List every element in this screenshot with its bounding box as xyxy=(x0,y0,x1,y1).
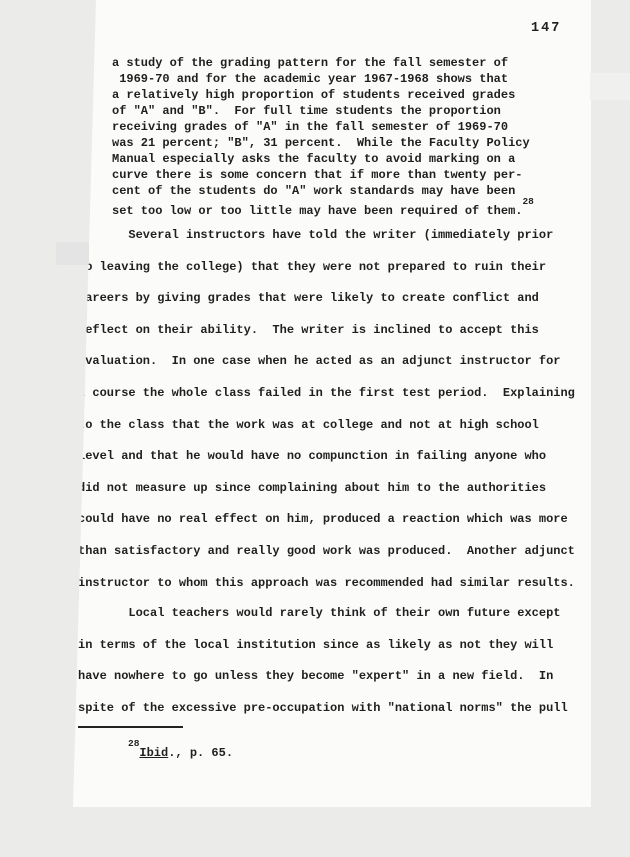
scan-artifact xyxy=(590,73,630,100)
block-quote-text: a study of the grading pattern for the f… xyxy=(112,56,530,218)
scanned-document: 147 a study of the grading pattern for t… xyxy=(0,0,630,857)
footnote: 28Ibid., p. 65. xyxy=(128,741,233,761)
document-page: 147 a study of the grading pattern for t… xyxy=(73,0,591,807)
footnote-page-ref: ., p. 65. xyxy=(168,746,233,760)
scan-artifact xyxy=(56,242,89,265)
footnote-marker-inline: 28 xyxy=(522,196,533,207)
footnote-separator-rule xyxy=(78,726,183,728)
page-number: 147 xyxy=(531,21,561,36)
body-paragraph: Several instructors have told the writer… xyxy=(78,220,575,599)
block-quote: a study of the grading pattern for the f… xyxy=(112,55,534,219)
body-paragraph: Local teachers would rarely think of the… xyxy=(78,598,568,724)
footnote-citation: Ibid xyxy=(139,746,168,760)
footnote-number: 28 xyxy=(128,738,139,749)
